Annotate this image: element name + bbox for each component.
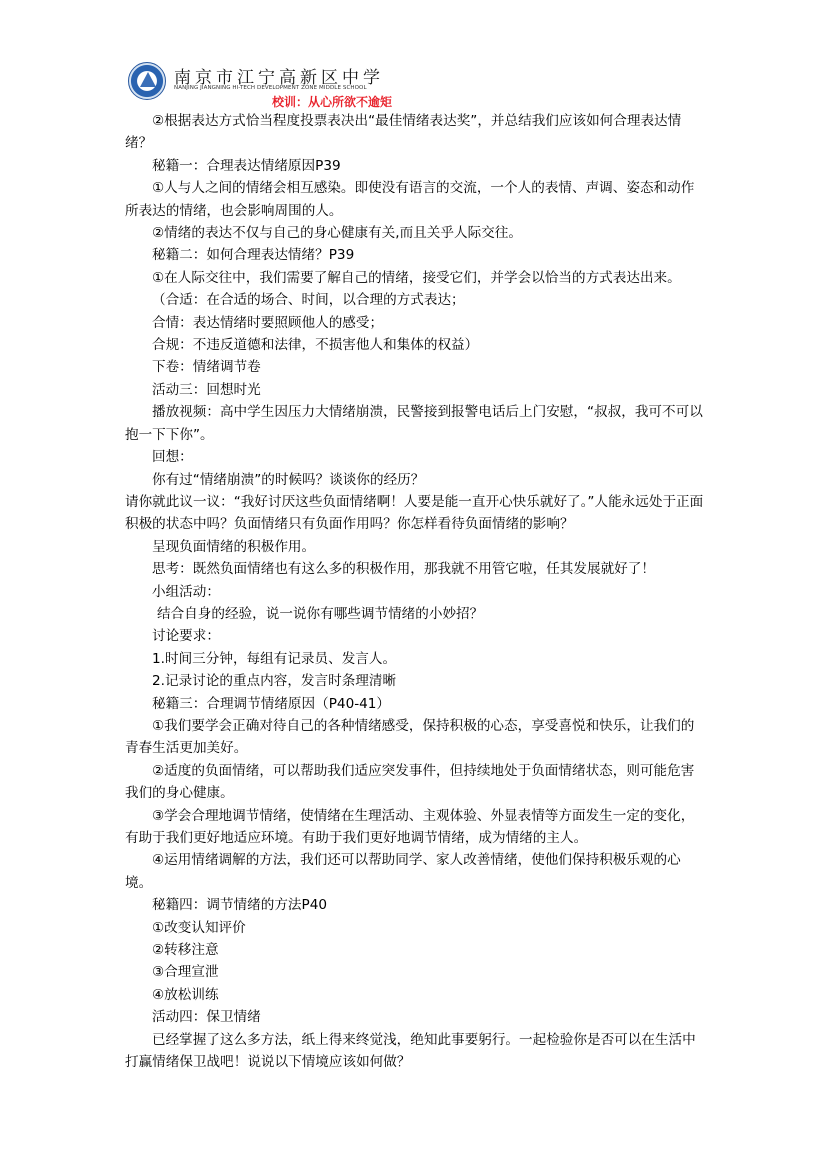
- paragraph: ②根据表达方式恰当程度投票表决出“最佳情绪表达奖”，并总结我们应该如何合理表达情…: [125, 110, 707, 155]
- section-heading: 秘籍三：合理调节情绪原因（P40-41）: [125, 693, 707, 715]
- section-heading: 下卷：情绪调节卷: [125, 356, 707, 378]
- paragraph: 你有过“情绪崩溃”的时候吗？谈谈你的经历？: [125, 469, 707, 491]
- list-item: ④放松训练: [125, 984, 707, 1006]
- paragraph: 合情：表达情绪时要照顾他人的感受；: [125, 312, 707, 334]
- paragraph: 呈现负面情绪的积极作用。: [125, 536, 707, 558]
- paragraph: ①我们要学会正确对待自己的各种情绪感受，保持积极的心态，享受喜悦和快乐，让我们的…: [125, 715, 707, 760]
- document-body: ②根据表达方式恰当程度投票表决出“最佳情绪表达奖”，并总结我们应该如何合理表达情…: [125, 110, 707, 1073]
- paragraph: 讨论要求：: [125, 625, 707, 647]
- school-name-en: NANJING JIANGNING HI-TECH DEVELOPMENT ZO…: [174, 85, 367, 91]
- list-item: ③合理宣泄: [125, 961, 707, 983]
- paragraph: 思考：既然负面情绪也有这么多的积极作用，那我就不用管它啦，任其发展就好了！: [125, 558, 707, 580]
- document-header: 南京市江宁高新区中学 NANJING JIANGNING HI-TECH DEV…: [126, 60, 456, 110]
- paragraph: ②情绪的表达不仅与自己的身心健康有关,而且关乎人际交往。: [125, 222, 707, 244]
- section-heading: 秘籍四：调节情绪的方法P40: [125, 894, 707, 916]
- paragraph: ③学会合理地调节情绪，使情绪在生理活动、主观体验、外显表情等方面发生一定的变化，…: [125, 805, 707, 850]
- paragraph: 秘籍一：合理表达情绪原因P39: [125, 155, 707, 177]
- paragraph: ①在人际交往中，我们需要了解自己的情绪，接受它们，并学会以恰当的方式表达出来。: [125, 267, 707, 289]
- paragraph: 小组活动：: [125, 581, 707, 603]
- paragraph: ④运用情绪调解的方法，我们还可以帮助同学、家人改善情绪，使他们保持积极乐观的心境…: [125, 849, 707, 894]
- list-item: ②转移注意: [125, 939, 707, 961]
- school-emblem-icon: [128, 62, 166, 100]
- school-motto: 校训：从心所欲不逾矩: [272, 93, 392, 110]
- paragraph: 合规：不违反道德和法律，不损害他人和集体的权益）: [125, 334, 707, 356]
- activity-heading: 活动四：保卫情绪: [125, 1006, 707, 1028]
- paragraph: 已经掌握了这么多方法，纸上得来终觉浅，绝知此事要躬行。一起检验你是否可以在生活中…: [125, 1029, 707, 1074]
- paragraph: 回想：: [125, 446, 707, 468]
- activity-heading: 活动三：回想时光: [125, 379, 707, 401]
- paragraph: 结合自身的经验，说一说你有哪些调节情绪的小妙招？: [125, 603, 707, 625]
- paragraph: ②适度的负面情绪，可以帮助我们适应突发事件，但持续地处于负面情绪状态，则可能危害…: [125, 760, 707, 805]
- list-item: 2.记录讨论的重点内容，发言时条理清晰: [125, 670, 707, 692]
- paragraph: 请你就此议一议：“我好讨厌这些负面情绪啊！人要是能一直开心快乐就好了。”人能永远…: [125, 491, 707, 536]
- paragraph: （合适：在合适的场合、时间，以合理的方式表达；: [125, 289, 707, 311]
- paragraph: 播放视频：高中学生因压力大情绪崩溃，民警接到报警电话后上门安慰，“叔叔，我可不可…: [125, 401, 707, 446]
- paragraph: ①人与人之间的情绪会相互感染。即使没有语言的交流，一个人的表情、声调、姿态和动作…: [125, 177, 707, 222]
- list-item: ①改变认知评价: [125, 917, 707, 939]
- list-item: 1.时间三分钟，每组有记录员、发言人。: [125, 648, 707, 670]
- paragraph: 秘籍二：如何合理表达情绪？P39: [125, 244, 707, 266]
